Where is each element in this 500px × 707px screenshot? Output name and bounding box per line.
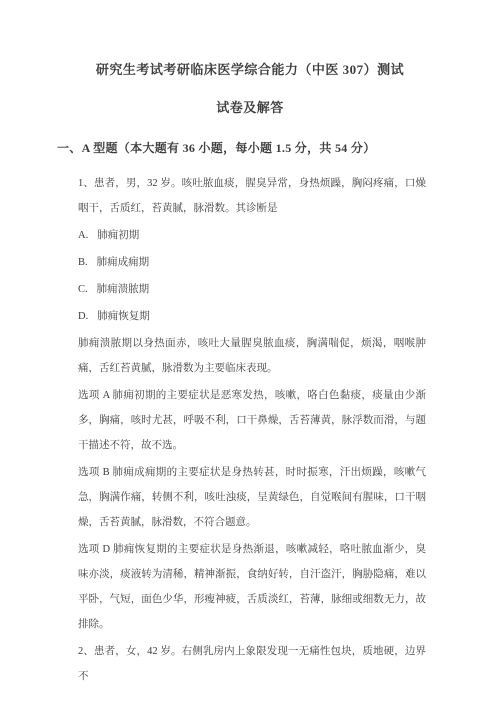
option-a-label: A. <box>78 223 88 248</box>
document-subtitle: 试卷及解答 <box>0 100 500 115</box>
question-1-option-c: C.肺痈溃脓期 <box>78 277 426 302</box>
document-title: 研究生考试考研临床医学综合能力（中医 307）测试 <box>0 0 500 77</box>
option-b-label: B. <box>78 250 88 275</box>
document-page: 研究生考试考研临床医学综合能力（中医 307）测试 试卷及解答 一、A 型题（本… <box>0 0 500 707</box>
question-1-stem: 1、患者，男，32 岁。咳吐脓血痰，腥臭异常，身热烦躁，胸闷疼痛，口燥咽干，舌质… <box>78 171 426 221</box>
answer-explanation-option-b: 选项 B 肺痈成痈期的主要症状是身热转甚，时时振寒，汗出烦躁，咳嗽气急，胸满作痛… <box>78 460 426 535</box>
question-block: 1、患者，男，32 岁。咳吐脓血痰，腥臭异常，身热烦躁，胸闷疼痛，口燥咽干，舌质… <box>78 171 426 689</box>
option-a-text: 肺痈初期 <box>97 230 139 241</box>
option-b-text: 肺痈成痈期 <box>97 257 150 268</box>
question-1-option-d: D.肺痈恢复期 <box>78 304 426 329</box>
section-heading: 一、A 型题（本大题有 36 小题，每小题 1.5 分，共 54 分） <box>57 141 460 156</box>
option-d-label: D. <box>78 304 88 329</box>
question-1-option-a: A.肺痈初期 <box>78 223 426 248</box>
option-c-label: C. <box>78 277 88 302</box>
answer-explanation-option-d: 选项 D 肺痈恢复期的主要症状是身热渐退，咳嗽减轻，咯吐脓血渐少，臭味亦淡，痰液… <box>78 537 426 637</box>
question-1-option-b: B.肺痈成痈期 <box>78 250 426 275</box>
option-d-text: 肺痈恢复期 <box>97 311 150 322</box>
answer-explanation-correct: 肺痈溃脓期以身热面赤，咳吐大量腥臭脓血痰，胸满喘促，烦渴，咽喉肿痛，舌红苔黄腻，… <box>78 331 426 381</box>
question-2-stem: 2、患者，女，42 岁。右侧乳房内上象限发现一无痛性包块，质地硬，边界不 <box>78 639 426 689</box>
answer-explanation-option-a: 选项 A 肺痈初期的主要症状是恶寒发热，咳嗽，咯白色黏痰，痰量由少渐多，胸痛，咳… <box>78 383 426 458</box>
option-c-text: 肺痈溃脓期 <box>97 284 150 295</box>
